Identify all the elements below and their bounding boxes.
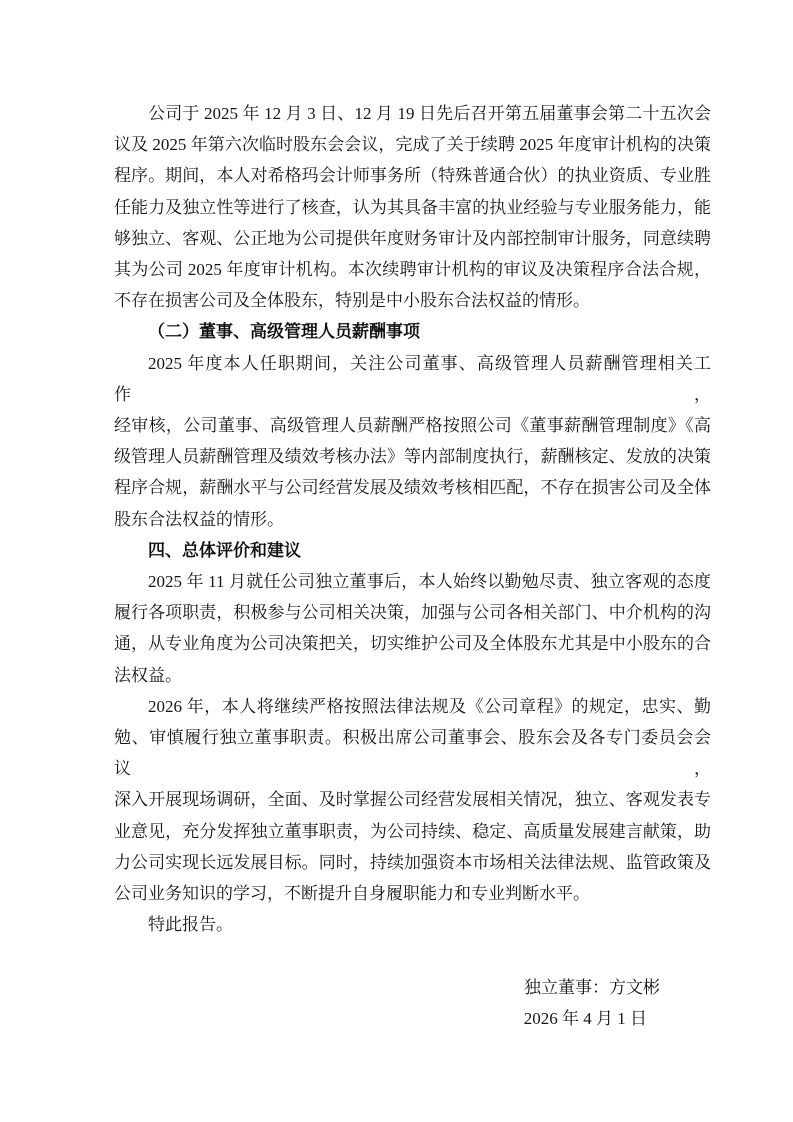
heading-overall-evaluation: 四、总体评价和建议 xyxy=(114,535,711,566)
para-duty-performance: 2025 年 11 月就任公司独立董事后，本人始终以勤勉尽责、独立客观的态度 履… xyxy=(114,566,711,691)
text-line: 勉、审慎履行独立董事职责。积极出席公司董事会、股东会及各专门委员会会议， xyxy=(114,722,711,784)
text-line: 2025 年度本人任职期间，关注公司董事、高级管理人员薪酬管理相关工作， xyxy=(114,348,711,410)
para-closing: 特此报告。 xyxy=(114,909,711,940)
text-line: 公司业务知识的学习，不断提升自身履职能力和专业判断水平。 xyxy=(114,878,711,909)
signature-date: 2026 年 4 月 1 日 xyxy=(114,1003,711,1034)
text-line: 经审核，公司董事、高级管理人员薪酬严格按照公司《董事薪酬管理制度》《高 xyxy=(114,410,711,441)
text-line: 履行各项职责，积极参与公司相关决策，加强与公司各相关部门、中介机构的沟 xyxy=(114,597,711,628)
signature-name: 独立董事：方文彬 xyxy=(114,972,711,1003)
text-line: 不存在损害公司及全体股东，特别是中小股东合法权益的情形。 xyxy=(114,285,711,316)
text-line: 2026 年，本人将继续严格按照法律法规及《公司章程》的规定，忠实、勤 xyxy=(114,691,711,722)
text-line: 2025 年 11 月就任公司独立董事后，本人始终以勤勉尽责、独立客观的态度 xyxy=(114,566,711,597)
text-line: 级管理人员薪酬管理及绩效考核办法》等内部制度执行，薪酬核定、发放的决策 xyxy=(114,441,711,472)
text-line: 议及 2025 年第六次临时股东会会议，完成了关于续聘 2025 年度审计机构的… xyxy=(114,129,711,160)
text-line: 股东合法权益的情形。 xyxy=(114,504,711,535)
text-line: 深入开展现场调研，全面、及时掌握公司经营发展相关情况，独立、客观发表专 xyxy=(114,784,711,815)
heading-compensation-matters: （二）董事、高级管理人员薪酬事项 xyxy=(114,316,711,347)
signature-block: 独立董事：方文彬 2026 年 4 月 1 日 xyxy=(114,972,711,1034)
para-audit-engagement: 公司于 2025 年 12 月 3 日、12 月 19 日先后召开第五届董事会第… xyxy=(114,98,711,316)
text-line: 通，从专业角度为公司决策把关，切实维护公司及全体股东尤其是中小股东的合 xyxy=(114,628,711,659)
text-line: 够独立、客观、公正地为公司提供年度财务审计及内部控制审计服务，同意续聘 xyxy=(114,223,711,254)
text-line: 任能力及独立性等进行了核查，认为其具备丰富的执业经验与专业服务能力，能 xyxy=(114,192,711,223)
text-line: 法权益。 xyxy=(114,660,711,691)
document-body: 公司于 2025 年 12 月 3 日、12 月 19 日先后召开第五届董事会第… xyxy=(114,98,711,1034)
para-compensation: 2025 年度本人任职期间，关注公司董事、高级管理人员薪酬管理相关工作， 经审核… xyxy=(114,348,711,535)
para-future-plan: 2026 年，本人将继续严格按照法律法规及《公司章程》的规定，忠实、勤 勉、审慎… xyxy=(114,691,711,909)
text-line: 业意见，充分发挥独立董事职责，为公司持续、稳定、高质量发展建言献策，助 xyxy=(114,816,711,847)
text-line: 程序。期间，本人对希格玛会计师事务所（特殊普通合伙）的执业资质、专业胜 xyxy=(114,160,711,191)
text-line: 其为公司 2025 年度审计机构。本次续聘审计机构的审议及决策程序合法合规， xyxy=(114,254,711,285)
text-line: 公司于 2025 年 12 月 3 日、12 月 19 日先后召开第五届董事会第… xyxy=(114,98,711,129)
text-line: 特此报告。 xyxy=(114,909,711,940)
text-line: 力公司实现长远发展目标。同时，持续加强资本市场相关法律法规、监管政策及 xyxy=(114,847,711,878)
text-line: 程序合规，薪酬水平与公司经营发展及绩效考核相匹配，不存在损害公司及全体 xyxy=(114,472,711,503)
document-page: 公司于 2025 年 12 月 3 日、12 月 19 日先后召开第五届董事会第… xyxy=(0,0,793,1122)
